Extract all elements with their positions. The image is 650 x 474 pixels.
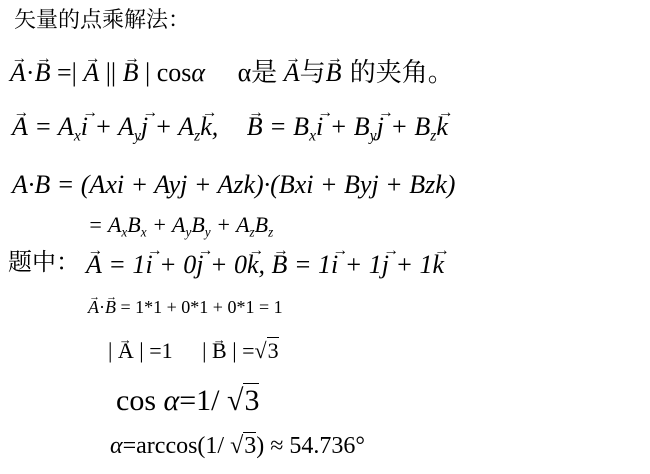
subscript: x <box>309 127 316 144</box>
unit-i: i <box>145 252 152 278</box>
alpha-result: α=arccos(1/ √3) ≈ 54.736° <box>110 434 365 458</box>
abs-bar: | <box>202 338 212 363</box>
alpha-symbol: α <box>110 433 123 459</box>
dot-result-value: = 1*1 + 0*1 + 0*1 = 1 <box>116 297 283 317</box>
term: = A <box>28 112 74 141</box>
mag-a-label: A <box>118 340 134 362</box>
dot-product-result: A·B = 1*1 + 0*1 + 0*1 = 1 <box>88 298 283 316</box>
term: = A <box>88 212 121 237</box>
note-tail: 的夹角。 <box>341 58 453 88</box>
unit-j: j <box>382 252 389 278</box>
term: = 1 <box>287 250 331 279</box>
subscript: y <box>370 127 377 144</box>
component-form: A = Axi + Ayj + Azk, B = Bxi + Byj + Bzk <box>12 114 448 144</box>
unit-i: i <box>81 114 88 140</box>
vector-a: A <box>10 60 26 86</box>
sqrt-arg: 3 <box>267 337 279 363</box>
term: + A <box>211 212 250 237</box>
subscript: z <box>268 225 273 240</box>
expansion-line-1: A·B = (Axi + Ayj + Azk)·(Bxi + Byj + Bzk… <box>12 172 455 198</box>
sqrt-arg: 3 <box>243 432 256 459</box>
dot-product-definition: A·B =| A || B | cosα α是 A与B 的夹角。 <box>10 60 454 86</box>
unit-j: j <box>377 114 384 140</box>
arccos-expr: =arccos(1/ <box>123 433 230 459</box>
sqrt-arg: 3 <box>243 383 259 417</box>
mag-b-value: | = <box>227 338 255 363</box>
cos-label: | cos <box>139 58 192 87</box>
unit-i: i <box>316 114 323 140</box>
note-and: 与 <box>300 58 326 88</box>
term: = B <box>263 112 309 141</box>
given-vectors: A = 1i + 0j + 0k, B = 1i + 1j + 1k <box>86 252 444 278</box>
cos-label: cos <box>116 384 156 417</box>
sqrt: √3 <box>230 434 256 458</box>
vec-b: B <box>272 252 288 278</box>
abs-bar: | <box>108 338 118 363</box>
term: = 1 <box>102 250 146 279</box>
alpha-symbol: α <box>164 384 180 417</box>
term: + A <box>147 212 186 237</box>
abs-b: B <box>123 60 139 86</box>
unit-k: k <box>436 114 448 140</box>
vec-a: A <box>86 252 102 278</box>
mag-a-value: | =1 <box>134 338 173 363</box>
dot-operator: · <box>26 58 35 87</box>
angle-note: α是 <box>238 58 284 87</box>
sqrt: √3 <box>255 340 279 362</box>
page-title: 矢量的点乘解法： <box>14 10 190 32</box>
unit-j: j <box>196 252 203 278</box>
expansion-line-2: = AxBx + AyBy + AzBz <box>88 214 273 239</box>
problem-label: 题中： <box>8 250 80 274</box>
abs-a: A <box>83 60 99 86</box>
vec-a: A <box>12 114 28 140</box>
mag-b-label: B <box>212 340 227 362</box>
abs-separator: || <box>99 58 122 87</box>
cos-value: =1/ <box>179 384 227 417</box>
vec-b: B <box>247 114 263 140</box>
sqrt: √3 <box>227 386 259 416</box>
unit-k: k <box>247 252 259 278</box>
unit-k: k <box>200 114 212 140</box>
subscript: y <box>134 127 141 144</box>
note-vector-b: B <box>326 60 342 86</box>
unit-i: i <box>331 252 338 278</box>
unit-j: j <box>141 114 148 140</box>
subscript: x <box>74 127 81 144</box>
angle-value: ) ≈ 54.736° <box>256 433 365 459</box>
note-vector-a: A <box>284 60 300 86</box>
alpha-symbol: α <box>191 58 205 87</box>
magnitudes: | A | =1 | B | =√3 <box>108 340 279 362</box>
vec-b: B <box>105 298 116 316</box>
term: B <box>255 212 268 237</box>
unit-k: k <box>433 252 445 278</box>
equals-abs: =| <box>50 58 83 87</box>
term: B <box>127 212 140 237</box>
cos-alpha-result: cos α=1/ √3 <box>116 386 259 416</box>
term: B <box>191 212 204 237</box>
vec-a: A <box>88 298 99 316</box>
vector-b: B <box>35 60 51 86</box>
